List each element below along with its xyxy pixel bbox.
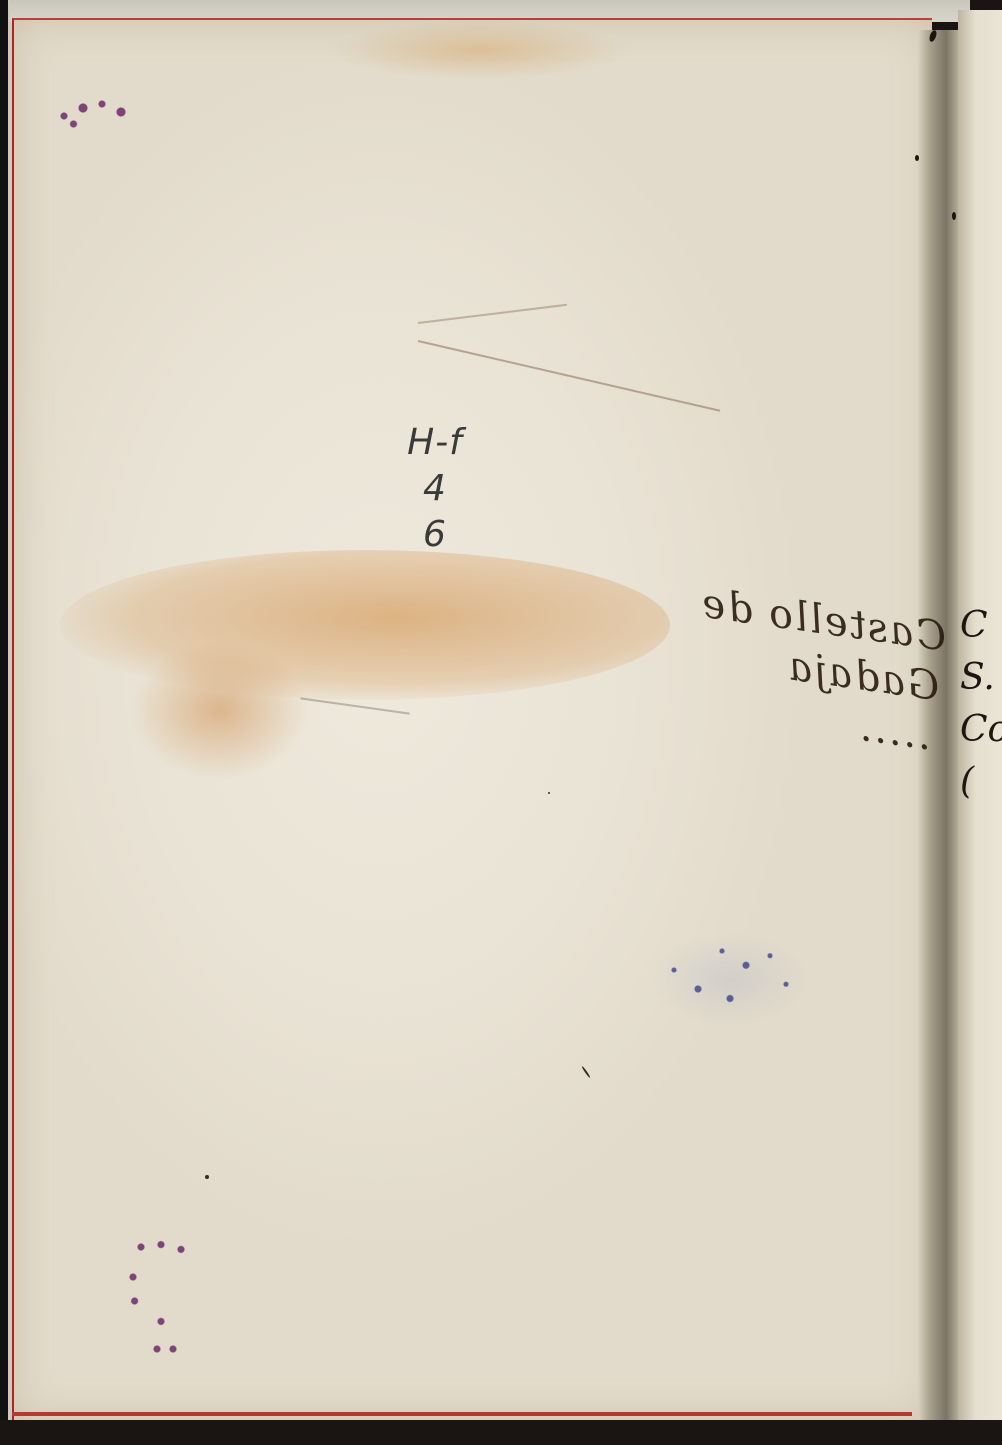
facing-page-text: C S. Co ( [960,600,1002,808]
facing-line-3: Co [960,704,1002,756]
shelfmark-line-1: H-f [395,420,475,466]
shelfmark-line-2: 4 [395,466,475,512]
document-scan: H-f 4 6 Castello de Gadaja ..... C S. Co… [0,0,1002,1445]
ink-speck [205,1175,209,1179]
facing-line-1: C [960,600,1002,652]
shelfmark-line-3: 6 [395,512,475,558]
blue-library-stamp-icon [650,932,810,1027]
water-stain-top [330,20,630,80]
library-stamp-icon [45,92,140,132]
library-stamp-icon [125,1235,205,1355]
wormhole-mark [915,155,919,161]
red-page-edge [12,1412,912,1416]
water-stain-lower [130,640,310,780]
ink-speck [548,792,550,794]
pencil-shelfmark: H-f 4 6 [395,420,475,558]
wormhole-mark [952,212,956,220]
facing-line-2: S. [960,652,1002,704]
facing-line-4: ( [960,756,1002,808]
